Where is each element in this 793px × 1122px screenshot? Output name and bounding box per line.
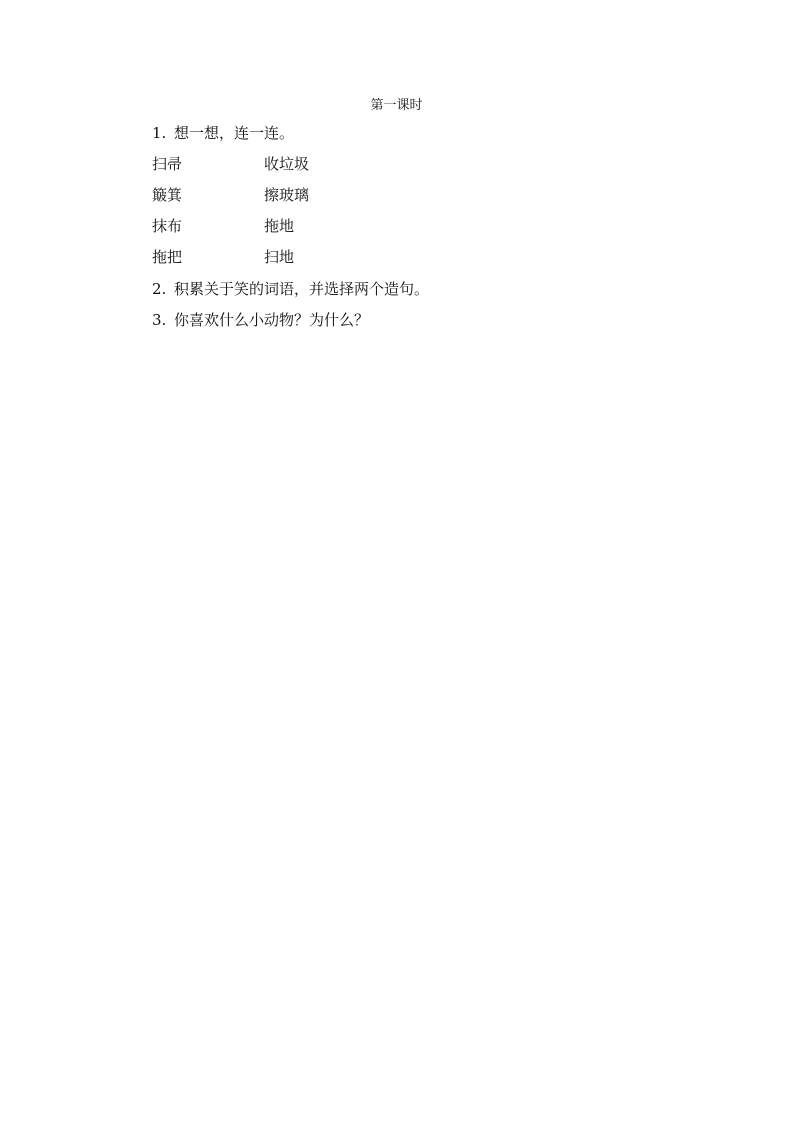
match-left-item: 簸箕 — [152, 185, 182, 205]
match-right-item: 收垃圾 — [264, 154, 309, 174]
match-right-item: 拖地 — [264, 216, 294, 236]
match-right-item: 扫地 — [264, 247, 294, 267]
question-text: 你喜欢什么小动物？为什么？ — [174, 311, 369, 329]
match-right-item: 擦玻璃 — [264, 185, 309, 205]
question-3: 3.你喜欢什么小动物？为什么？ — [152, 310, 369, 330]
page-title: 第一课时 — [0, 97, 793, 115]
question-text: 想一想，连一连。 — [174, 124, 294, 142]
question-number: 1. — [152, 123, 174, 143]
question-1: 1.想一想，连一连。 — [152, 123, 294, 143]
match-left-item: 扫帚 — [152, 154, 182, 174]
question-number: 2. — [152, 279, 174, 299]
question-2: 2.积累关于笑的词语，并选择两个造句。 — [152, 279, 429, 299]
question-text: 积累关于笑的词语，并选择两个造句。 — [174, 280, 429, 298]
match-left-item: 抹布 — [152, 216, 182, 236]
document-page: 第一课时 1.想一想，连一连。 扫帚 收垃圾 簸箕 擦玻璃 抹布 拖地 拖把 扫… — [0, 0, 793, 1122]
match-left-item: 拖把 — [152, 247, 182, 267]
question-number: 3. — [152, 310, 174, 330]
